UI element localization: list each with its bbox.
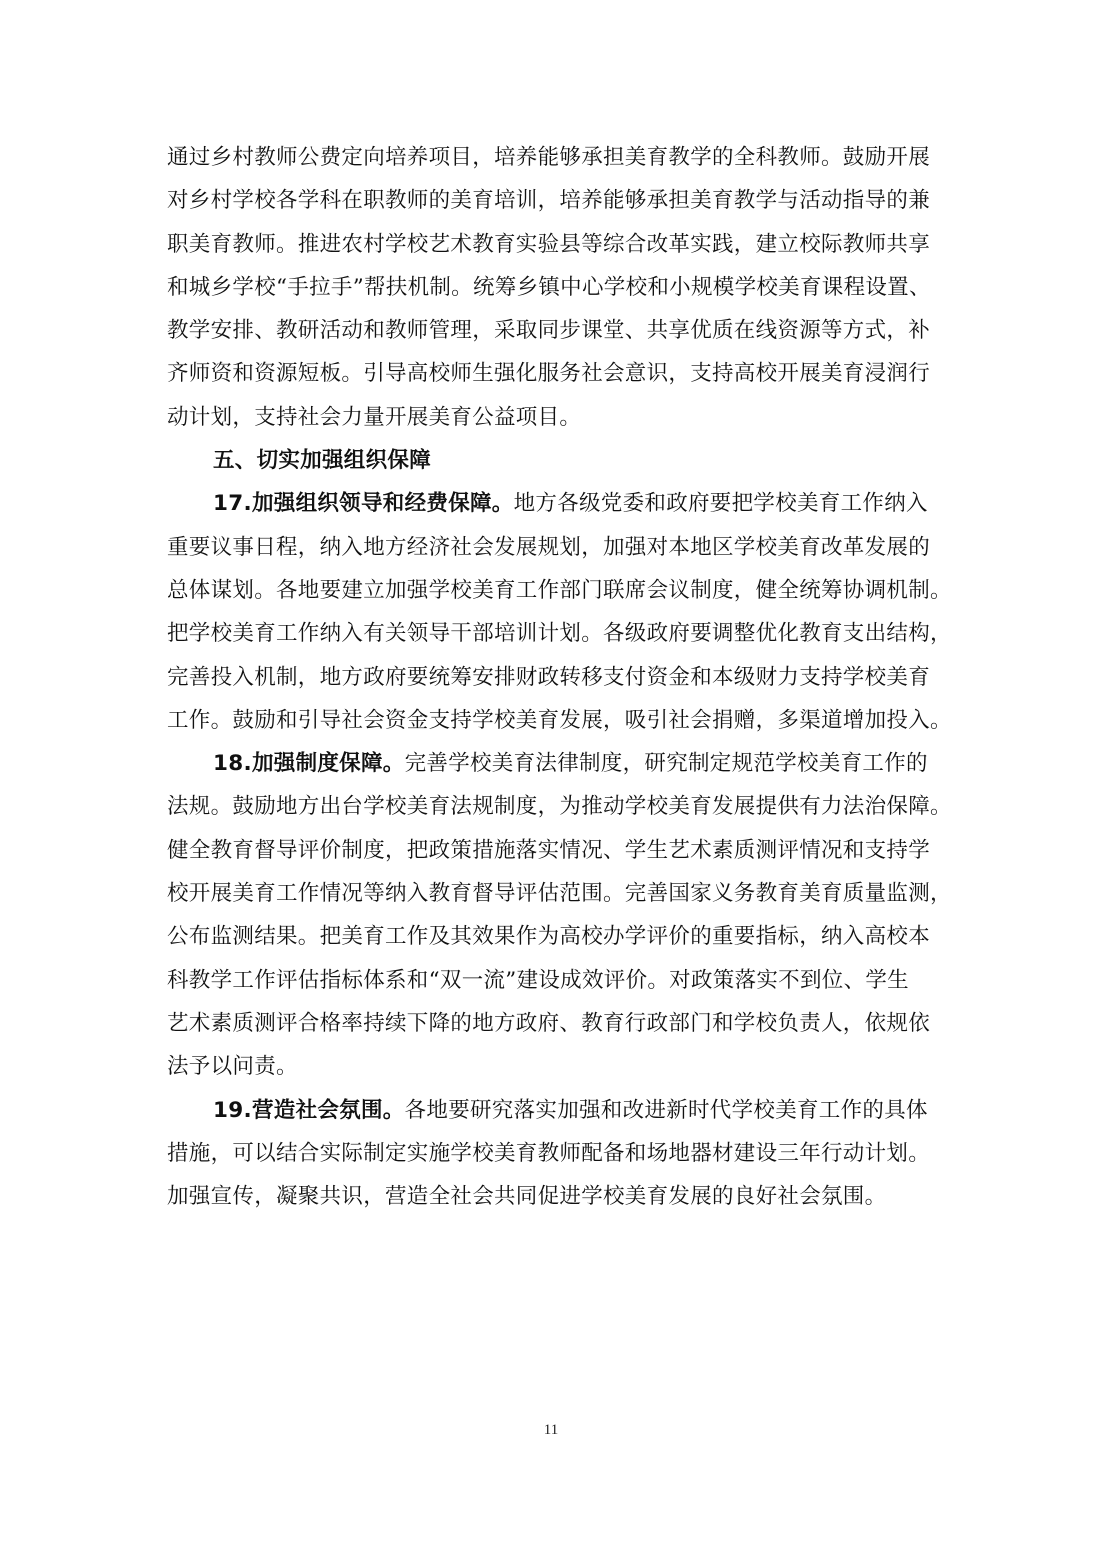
paragraph-line: 齐师资和资源短板。引导高校师生强化服务社会意识，支持高校开展美育浸润行 — [167, 352, 937, 395]
paragraph-line: 职美育教师。推进农村学校艺术教育实验县等综合改革实践，建立校际教师共享 — [167, 223, 937, 266]
paragraph-line: 教学安排、教研活动和教师管理，采取同步课堂、共享优质在线资源等方式，补 — [167, 309, 937, 352]
paragraph-line: 健全教育督导评价制度，把政策措施落实情况、学生艺术素质测评情况和支持学 — [167, 829, 937, 872]
paragraph-first-line: 17.加强组织领导和经费保障。地方各级党委和政府要把学校美育工作纳入 — [167, 482, 937, 525]
paragraph-line: 措施，可以结合实际制定实施学校美育教师配备和场地器材建设三年行动计划。 — [167, 1132, 937, 1175]
paragraph-line: 总体谋划。各地要建立加强学校美育工作部门联席会议制度，健全统筹协调机制。 — [167, 569, 937, 612]
paragraph-line: 通过乡村教师公费定向培养项目，培养能够承担美育教学的全科教师。鼓励开展 — [167, 136, 937, 179]
paragraph-line: 校开展美育工作情况等纳入教育督导评估范围。完善国家义务教育美育质量监测， — [167, 872, 937, 915]
item-19-paragraph: 19.营造社会氛围。各地要研究落实加强和改进新时代学校美育工作的具体 措施，可以… — [167, 1089, 937, 1219]
item-19-title: 19.营造社会氛围。 — [213, 1098, 405, 1123]
paragraph-line: 科教学工作评估指标体系和“双一流”建设成效评价。对政策落实不到位、学生 — [167, 959, 937, 1002]
paragraph-line: 法规。鼓励地方出台学校美育法规制度，为推动学校美育发展提供有力法治保障。 — [167, 785, 937, 828]
item-17-title: 17.加强组织领导和经费保障。 — [213, 491, 514, 516]
section-heading: 五、切实加强组织保障 — [167, 439, 937, 482]
item-18-text: 完善学校美育法律制度，研究制定规范学校美育工作的 — [405, 751, 928, 776]
paragraph-line: 工作。鼓励和引导社会资金支持学校美育发展，吸引社会捐赠，多渠道增加投入。 — [167, 699, 937, 742]
paragraph-line: 加强宣传，凝聚共识，营造全社会共同促进学校美育发展的良好社会氛围。 — [167, 1175, 937, 1218]
document-page: 通过乡村教师公费定向培养项目，培养能够承担美育教学的全科教师。鼓励开展 对乡村学… — [167, 136, 937, 1218]
paragraph-line: 艺术素质测评合格率持续下降的地方政府、教育行政部门和学校负责人，依规依 — [167, 1002, 937, 1045]
paragraph-first-line: 19.营造社会氛围。各地要研究落实加强和改进新时代学校美育工作的具体 — [167, 1089, 937, 1132]
page-number: 11 — [0, 1422, 1102, 1439]
paragraph-line: 公布监测结果。把美育工作及其效果作为高校办学评价的重要指标，纳入高校本 — [167, 915, 937, 958]
paragraph-first-line: 18.加强制度保障。完善学校美育法律制度，研究制定规范学校美育工作的 — [167, 742, 937, 785]
paragraph-line: 把学校美育工作纳入有关领导干部培训计划。各级政府要调整优化教育支出结构， — [167, 612, 937, 655]
paragraph-line: 动计划，支持社会力量开展美育公益项目。 — [167, 396, 937, 439]
item-17-paragraph: 17.加强组织领导和经费保障。地方各级党委和政府要把学校美育工作纳入 重要议事日… — [167, 482, 937, 742]
continuation-paragraph: 通过乡村教师公费定向培养项目，培养能够承担美育教学的全科教师。鼓励开展 对乡村学… — [167, 136, 937, 439]
paragraph-line: 完善投入机制，地方政府要统筹安排财政转移支付资金和本级财力支持学校美育 — [167, 656, 937, 699]
item-19-text: 各地要研究落实加强和改进新时代学校美育工作的具体 — [405, 1098, 928, 1123]
paragraph-line: 和城乡学校“手拉手”帮扶机制。统筹乡镇中心学校和小规模学校美育课程设置、 — [167, 266, 937, 309]
paragraph-line: 对乡村学校各学科在职教师的美育培训，培养能够承担美育教学与活动指导的兼 — [167, 179, 937, 222]
paragraph-line: 重要议事日程，纳入地方经济社会发展规划，加强对本地区学校美育改革发展的 — [167, 526, 937, 569]
paragraph-line: 法予以问责。 — [167, 1045, 937, 1088]
item-17-text: 地方各级党委和政府要把学校美育工作纳入 — [514, 491, 928, 516]
item-18-title: 18.加强制度保障。 — [213, 751, 405, 776]
item-18-paragraph: 18.加强制度保障。完善学校美育法律制度，研究制定规范学校美育工作的 法规。鼓励… — [167, 742, 937, 1088]
